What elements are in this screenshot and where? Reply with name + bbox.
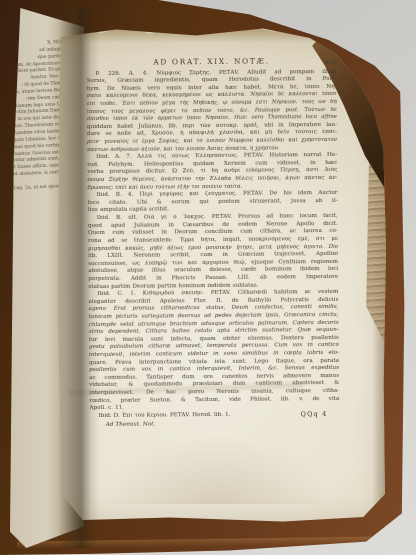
text-line-final: Ibid. D. Ἐπὶ τοῦ Κερίου. PETAV. Herod. l… xyxy=(89,412,230,421)
signature-mark: QQq 4 xyxy=(301,411,328,419)
running-header: AD ORAT. XIX. NOTÆ. 498 xyxy=(86,56,336,67)
page-number: 498 xyxy=(325,59,337,65)
running-header-title: AD ORAT. XIX. NOTÆ. xyxy=(153,56,269,66)
page-text: AD ORAT. XIX. NOTÆ. 498 P. 226. A. 4. Νύ… xyxy=(86,56,339,429)
book-photo: X. NOTÆ. ad indaginem -que pariter ab -r… xyxy=(0,0,416,555)
